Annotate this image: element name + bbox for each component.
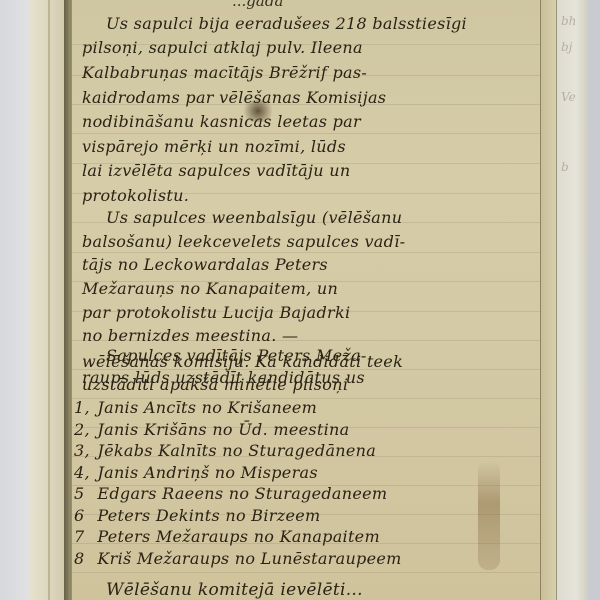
page-right-edge: [540, 0, 557, 600]
candidate-name: Peters Mežaraups no Kanapaitem: [92, 527, 380, 546]
candidate-row: 2, Janis Krišāns no Ūd. meestina: [74, 420, 349, 439]
candidate-name: Edgars Raeens no Sturagedaneem: [92, 484, 387, 503]
candidate-number: 3,: [74, 441, 92, 460]
candidate-row: 6 Peters Dekints no Birzeem: [74, 506, 320, 525]
candidate-row: 5 Edgars Raeens no Sturagedaneem: [74, 484, 387, 503]
candidate-row: 8 Kriš Mežaraups no Lunēstaraupeem: [74, 549, 402, 568]
underlying-page-right: bh bj Ve b: [556, 0, 589, 600]
candidate-number: 4,: [74, 463, 92, 482]
candidate-name: Janis Andriņš no Misperas: [92, 463, 318, 482]
candidate-row: 3, Jēkabs Kalnīts no Sturagedānena: [74, 441, 376, 460]
candidate-number: 1,: [74, 398, 92, 417]
candidate-number: 6: [74, 506, 92, 525]
candidate-name: Janis Ancīts no Krišaneem: [92, 398, 317, 417]
candidate-name: Kriš Mežaraups no Lunēstaraupeem: [92, 549, 402, 568]
candidate-name: Peters Dekints no Birzeem: [92, 506, 320, 525]
scan-background-right: [588, 0, 600, 600]
candidate-name: Janis Krišāns no Ūd. meestina: [92, 420, 349, 439]
candidate-number: 8: [74, 549, 92, 568]
candidate-row: 4, Janis Andriņš no Misperas: [74, 463, 318, 482]
candidate-number: 5: [74, 484, 92, 503]
candidate-number: 2,: [74, 420, 92, 439]
candidate-row: 1, Janis Ancīts no Krišaneem: [74, 398, 317, 417]
candidate-number: 7: [74, 527, 92, 546]
candidate-row: 7 Peters Mežaraups no Kanapaitem: [74, 527, 380, 546]
candidate-name: Jēkabs Kalnīts no Sturagedānena: [92, 441, 376, 460]
candidate-list: 1, Janis Ancīts no Krišaneem2, Janis Kri…: [82, 0, 542, 600]
text-line-closing: Wēlēšanu komitejā ievēlēti...: [106, 580, 363, 600]
